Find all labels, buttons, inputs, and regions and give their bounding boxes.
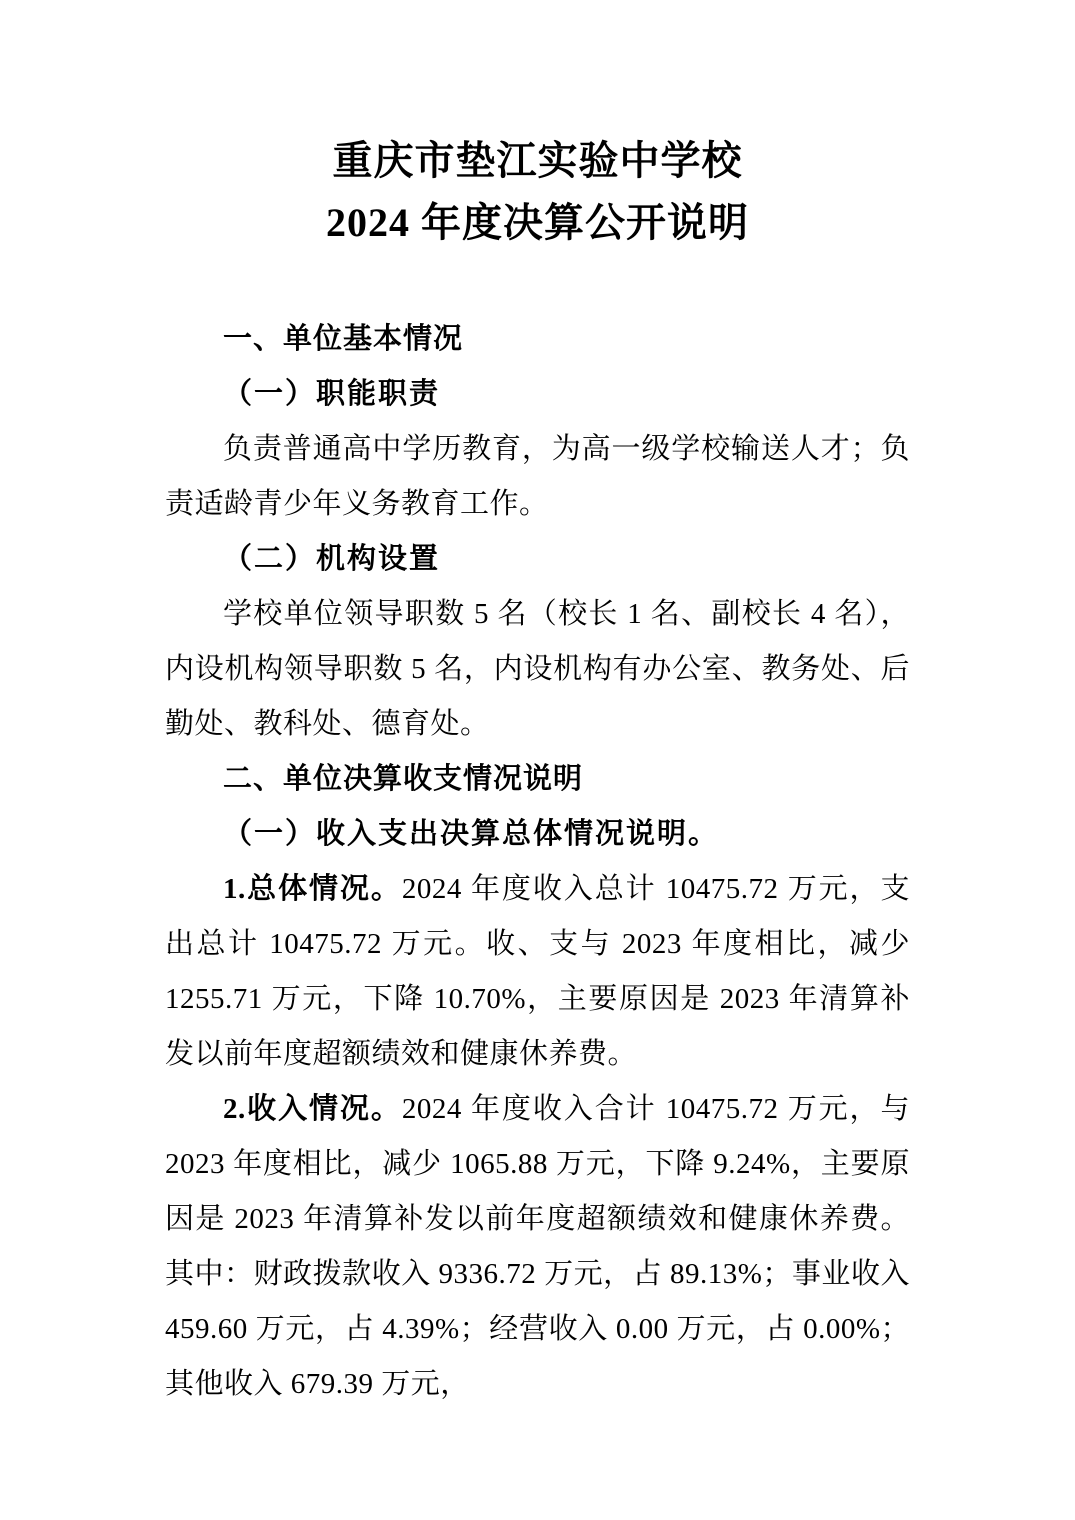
section-heading-budget-explanation: 二、单位决算收支情况说明 — [165, 752, 910, 807]
document-title-line2: 2024 年度决算公开说明 — [165, 192, 910, 254]
paragraph-income-situation: 2.收入情况。2024 年度收入合计 10475.72 万元，与 2023 年度… — [165, 1082, 910, 1412]
paragraph-overall-situation-lead: 1.总体情况。 — [223, 873, 402, 905]
document-title: 重庆市垫江实验中学校 2024 年度决算公开说明 — [165, 130, 910, 254]
section-heading-basic-info: 一、单位基本情况 — [165, 312, 910, 367]
subsection-heading-org-structure: （二）机构设置 — [165, 532, 910, 587]
document-body: 一、单位基本情况 （一）职能职责 负责普通高中学历教育，为高一级学校输送人才；负… — [165, 312, 910, 1412]
document-page: 重庆市垫江实验中学校 2024 年度决算公开说明 一、单位基本情况 （一）职能职… — [0, 0, 1075, 1520]
subsection-heading-overall-situation: （一）收入支出决算总体情况说明。 — [165, 807, 910, 862]
paragraph-income-situation-lead: 2.收入情况。 — [223, 1093, 402, 1125]
paragraph-overall-situation: 1.总体情况。2024 年度收入总计 10475.72 万元，支出总计 1047… — [165, 862, 910, 1082]
document-title-line1: 重庆市垫江实验中学校 — [165, 130, 910, 192]
paragraph-income-situation-text: 2024 年度收入合计 10475.72 万元，与 2023 年度相比，减少 1… — [165, 1093, 910, 1400]
subsection-heading-duties: （一）职能职责 — [165, 367, 910, 422]
paragraph-org-structure: 学校单位领导职数 5 名（校长 1 名、副校长 4 名），内设机构领导职数 5 … — [165, 587, 910, 752]
paragraph-duties: 负责普通高中学历教育，为高一级学校输送人才；负责适龄青少年义务教育工作。 — [165, 422, 910, 532]
